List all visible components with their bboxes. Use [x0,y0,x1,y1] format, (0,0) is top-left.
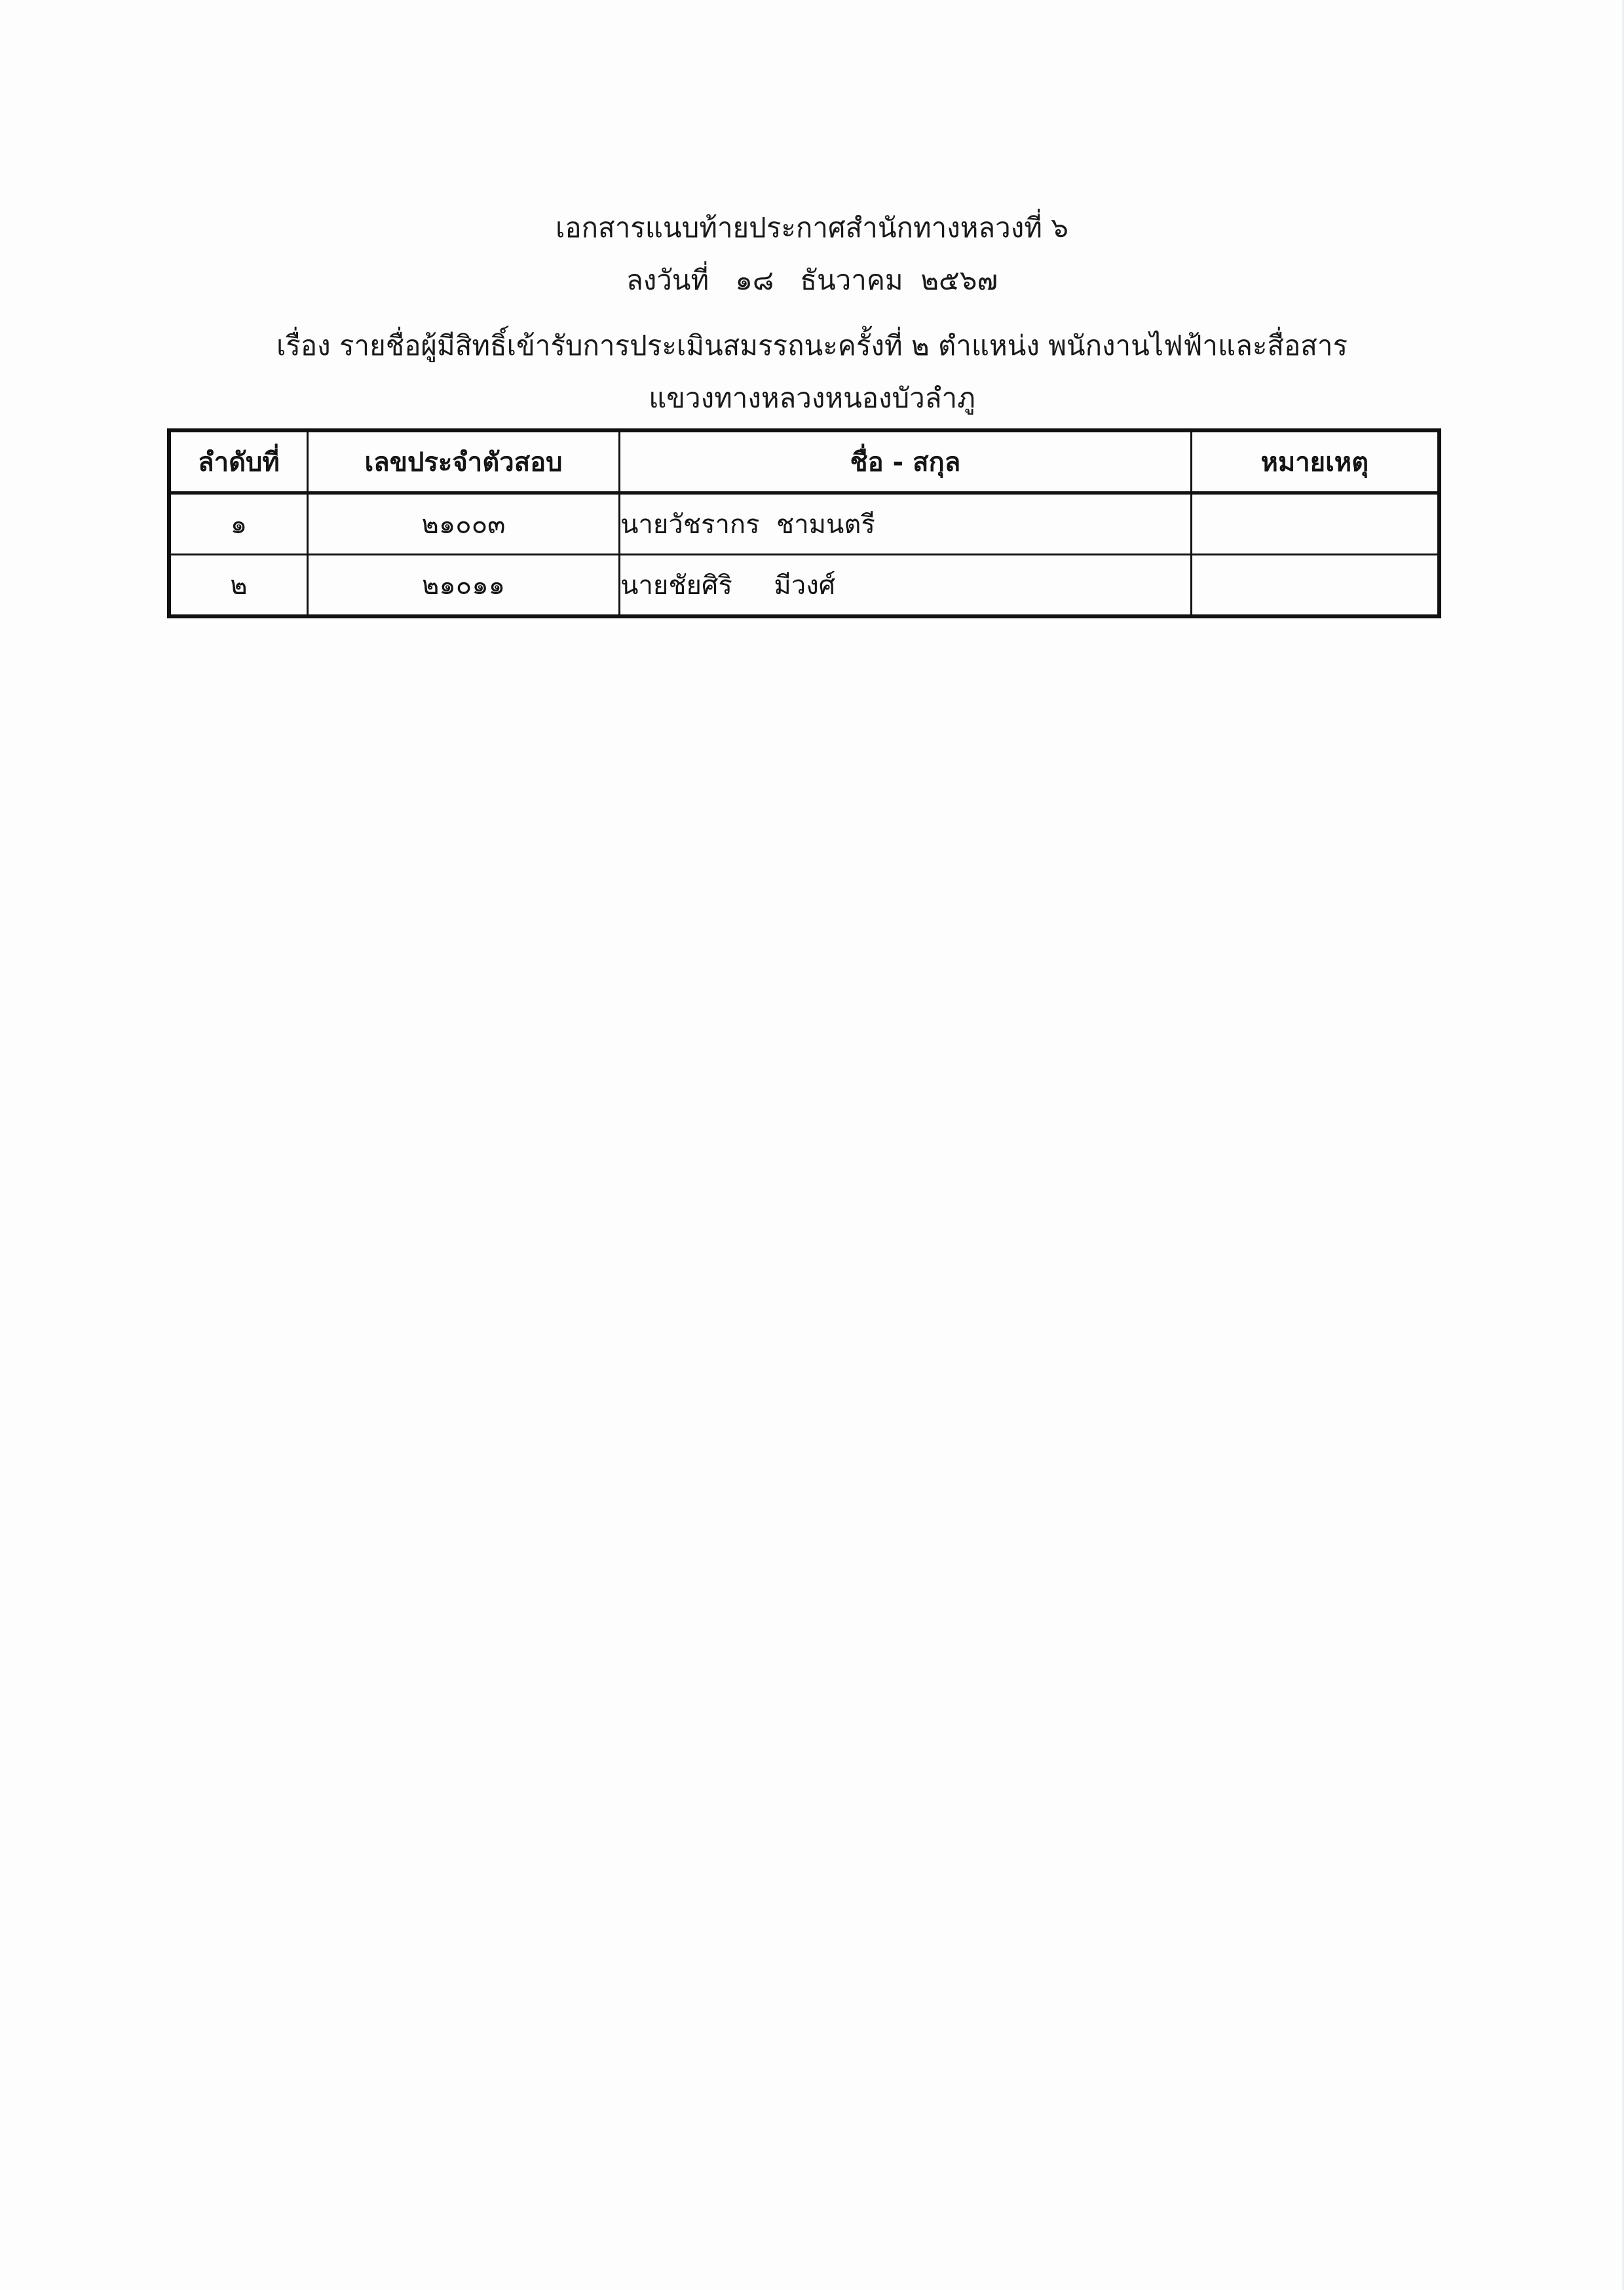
document-date: ลงวันที่๑๘ ธันวาคม ๒๕๖๗ [0,261,1624,300]
cell-name: นายชัยศิริ มีวงศ์ [620,555,1191,617]
date-month: ธันวาคม [800,264,903,296]
cell-remark [1191,493,1439,555]
table-header-row: ลำดับที่ เลขประจำตัวสอบ ชื่อ - สกุล หมาย… [169,430,1439,493]
cell-remark [1191,555,1439,617]
date-day: ๑๘ [735,264,774,296]
cell-exam-id: ๒๑๐๑๑ [307,555,619,617]
document-heading: เอกสารแนบท้ายประกาศสำนักทางหลวงที่ ๖ [0,208,1624,248]
cell-order: ๑ [169,493,307,555]
cell-name: นายวัชรากร ชามนตรี [620,493,1191,555]
cell-exam-id: ๒๑๐๐๓ [307,493,619,555]
document-office: แขวงทางหลวงหนองบัวลำภู [0,379,1624,418]
table-row: ๒ ๒๑๐๑๑ นายชัยศิริ มีวงศ์ [169,555,1439,617]
header-name: ชื่อ - สกุล [620,430,1191,493]
header-exam-id: เลขประจำตัวสอบ [307,430,619,493]
table-row: ๑ ๒๑๐๐๓ นายวัชรากร ชามนตรี [169,493,1439,555]
header-order: ลำดับที่ [169,430,307,493]
candidate-table: ลำดับที่ เลขประจำตัวสอบ ชื่อ - สกุล หมาย… [167,428,1441,618]
document-subject: เรื่อง รายชื่อผู้มีสิทธิ์เข้ารับการประเม… [0,326,1624,366]
header-remark: หมายเหตุ [1191,430,1439,493]
cell-order: ๒ [169,555,307,617]
date-label: ลงวันที่ [626,264,709,296]
date-year: ๒๕๖๗ [920,264,998,296]
